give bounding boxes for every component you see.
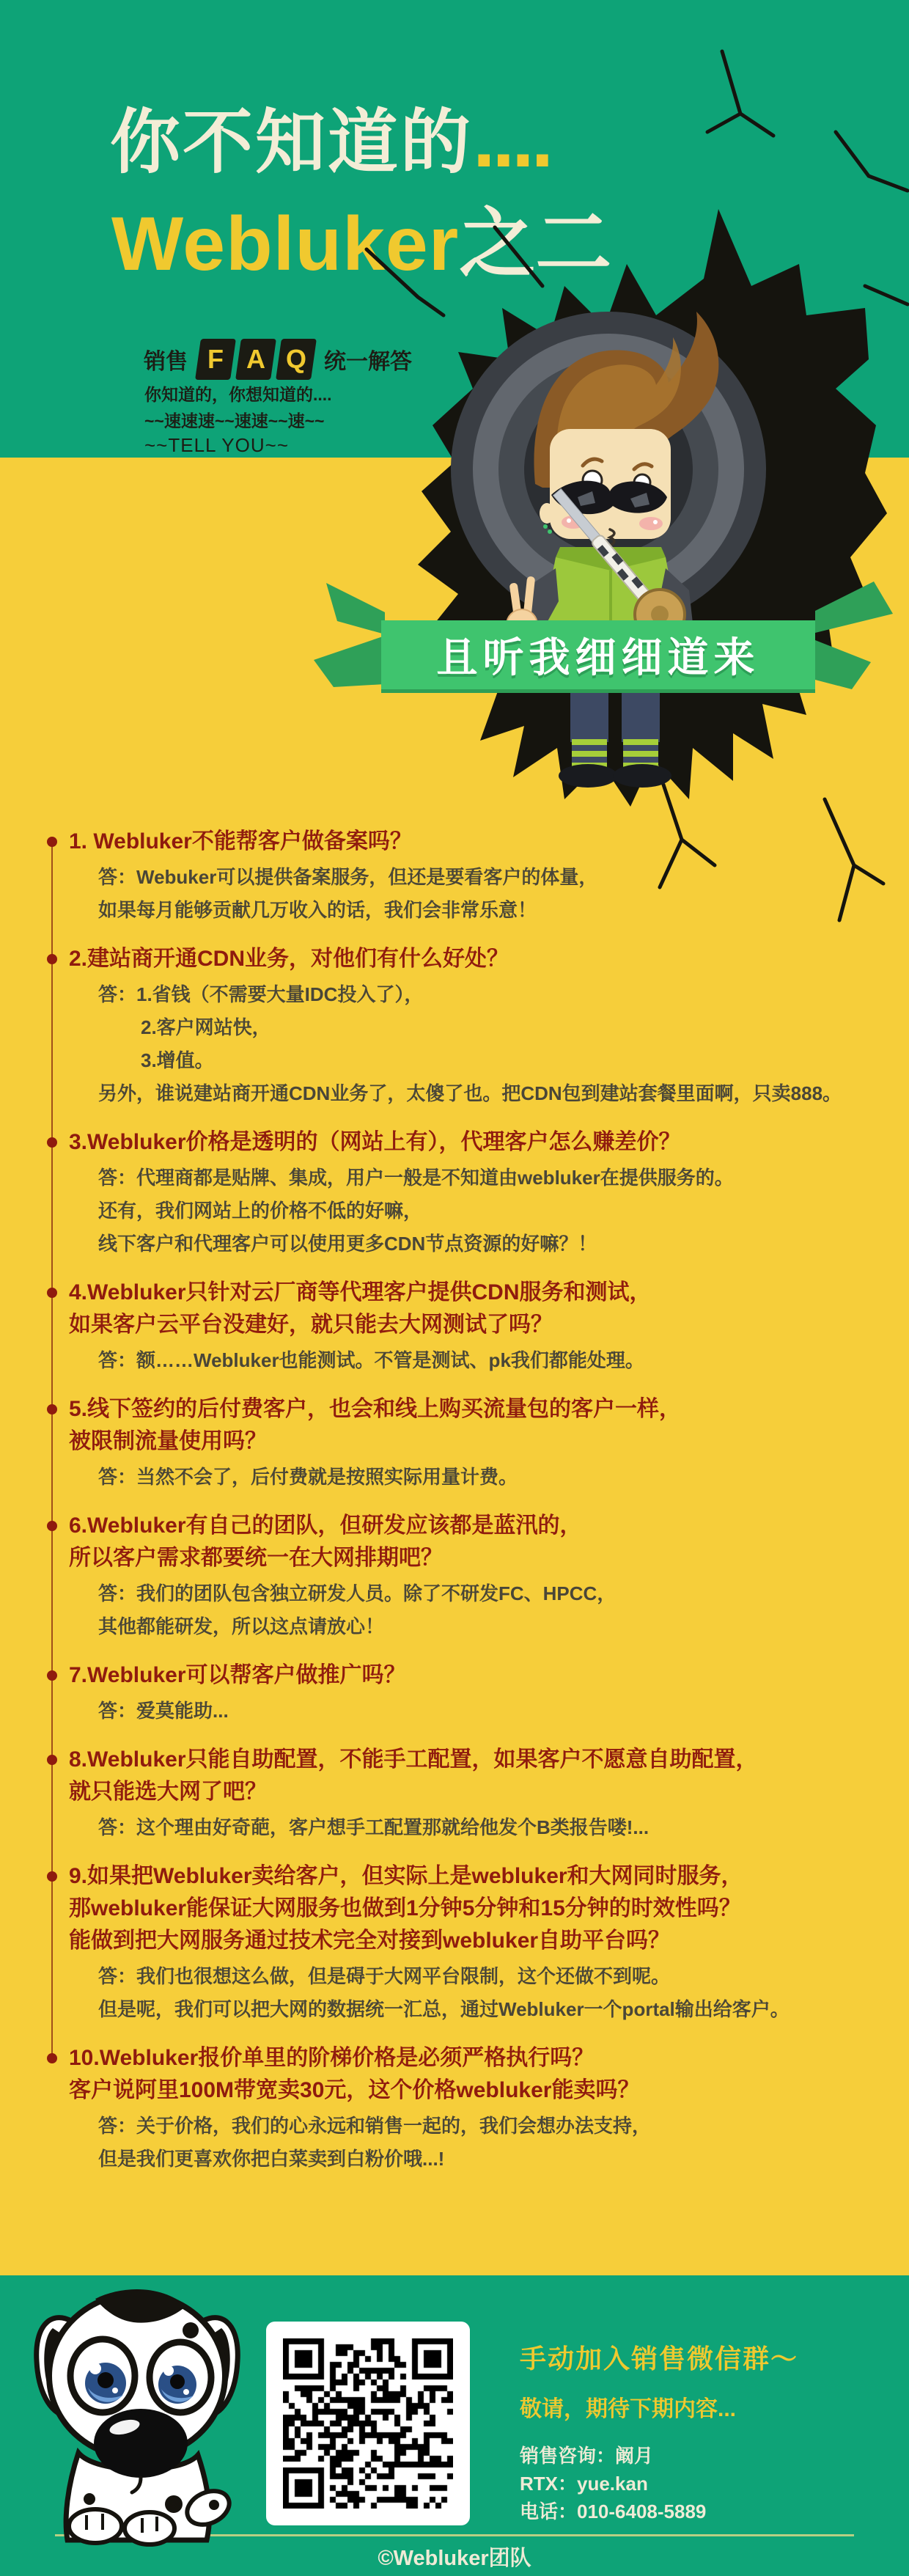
bullet-dot	[47, 1521, 57, 1531]
faq-tile-q: Q	[276, 339, 317, 380]
faq-item: 10.Webluker报价单里的阶梯价格是必须严格执行吗？客户说阿里100M带宽…	[69, 2042, 883, 2176]
poster-page: 你不知道的.... Webluker之二 销售 F A Q 统一解答 你知道的，…	[0, 0, 909, 2576]
faq-question: 5.线下签约的后付费客户，也会和线上购买流量包的客户一样，被限制流量使用吗？	[69, 1393, 883, 1458]
bullet-dot	[47, 1670, 57, 1681]
faq-question: 2.建站商开通CDN业务，对他们有什么好处？	[69, 943, 883, 975]
faq-item: 6.Webluker有自己的团队，但研发应该都是蓝汛的，所以客户需求都要统一在大…	[69, 1510, 883, 1643]
wechat-qr-code	[283, 2338, 453, 2509]
banner-text: 且听我细细道来	[437, 625, 760, 684]
faq-question: 6.Webluker有自己的团队，但研发应该都是蓝汛的，所以客户需求都要统一在大…	[69, 1510, 883, 1574]
header-subline-2: ~~速速速~~速速~~速~~	[144, 408, 324, 432]
faq-letter-tiles: F A Q	[198, 339, 314, 380]
faq-item: 4.Webluker只针对云厂商等代理客户提供CDN服务和测试，如果客户云平台没…	[69, 1277, 883, 1377]
faq-item: 3.Webluker价格是透明的（网站上有），代理客户怎么赚差价？答：代理商都是…	[69, 1126, 883, 1261]
bullet-dot	[47, 954, 57, 964]
bullet-dot	[47, 1404, 57, 1414]
dalmatian-puppy-mascot	[9, 2266, 265, 2548]
bullet-dot	[47, 1755, 57, 1765]
faq-item: 7.Webluker可以帮客户做推广吗？答：爱莫能助...	[69, 1659, 883, 1728]
faq-item: 5.线下签约的后付费客户，也会和线上购买流量包的客户一样，被限制流量使用吗？答：…	[69, 1393, 883, 1494]
faq-question: 9.如果把Webluker卖给客户，但实际上是webluker和大网同时服务，那…	[69, 1860, 883, 1957]
faq-item: 9.如果把Webluker卖给客户，但实际上是webluker和大网同时服务，那…	[69, 1860, 883, 2026]
faq-question: 10.Webluker报价单里的阶梯价格是必须严格执行吗？客户说阿里100M带宽…	[69, 2042, 883, 2107]
speech-banner: 且听我细细道来	[381, 620, 815, 693]
faq-question: 7.Webluker可以帮客户做推广吗？	[69, 1659, 883, 1692]
header-subline-1: 你知道的，你想知道的....	[144, 381, 332, 406]
faq-question: 3.Webluker价格是透明的（网站上有），代理客户怎么赚差价？	[69, 1126, 883, 1159]
header-subline-3: ~~TELL YOU~~	[144, 434, 289, 457]
contact-lines: 销售咨询：阚月 RTX：yue.kan 电话：010-6408-5889	[520, 2442, 798, 2525]
faq-tile-a: A	[235, 339, 276, 380]
bullet-dot	[47, 837, 57, 847]
faq-answer: 答：我们的团队包含独立研发人员。除了不研发FC、HPCC，其他都能研发，所以这点…	[98, 1577, 883, 1643]
footer-headline: 手动加入销售微信群～	[520, 2338, 798, 2376]
faq-answer: 答：当然不会了，后付费就是按照实际用量计费。	[98, 1461, 883, 1494]
bullet-dot	[47, 1871, 57, 1882]
faq-answer: 答：爱莫能助...	[98, 1695, 883, 1728]
faq-prefix-label: 销售	[144, 343, 188, 375]
contact-sales: 销售咨询：阚月	[520, 2442, 798, 2470]
faq-answer: 答：关于价格，我们的心永远和销售一起的，我们会想办法支持，但是我们更喜欢你把白菜…	[98, 2110, 883, 2176]
footer-contact-block: 手动加入销售微信群～ 敬请，期待下期内容... 销售咨询：阚月 RTX：yue.…	[520, 2275, 798, 2525]
contact-phone: 电话：010-6408-5889	[520, 2498, 798, 2525]
faq-question: 4.Webluker只针对云厂商等代理客户提供CDN服务和测试，如果客户云平台没…	[69, 1277, 883, 1341]
qr-code-box	[266, 2322, 470, 2525]
faq-list: 1. Webluker不能帮客户做备案吗？答：Webuker可以提供备案服务，但…	[69, 826, 883, 2192]
faq-answer: 答：额……Webluker也能测试。不管是测试、pk我们都能处理。	[98, 1344, 883, 1377]
cracked-wall-and-ninja-illustration	[323, 44, 909, 939]
bullet-dot	[47, 2053, 57, 2063]
footer-subline: 敬请，期待下期内容...	[520, 2390, 798, 2423]
faq-item: 2.建站商开通CDN业务，对他们有什么好处？答：1.省钱（不需要大量IDC投入了…	[69, 943, 883, 1110]
bullet-dot	[47, 1137, 57, 1148]
faq-tile-f: F	[195, 339, 236, 380]
faq-answer: 答：1.省钱（不需要大量IDC投入了），2.客户网站快，3.增值。另外，谁说建站…	[98, 978, 883, 1110]
faq-answer: 答：代理商都是贴牌、集成，用户一般是不知道由webluker在提供服务的。还有，…	[98, 1162, 883, 1261]
bullet-dot	[47, 1288, 57, 1298]
faq-answer: 答：我们也很想这么做，但是碍于大网平台限制，这个还做不到呢。但是呢，我们可以把大…	[98, 1960, 883, 2026]
faq-answer: 答：这个理由好奇葩，客户想手工配置那就给他发个B类报告喽!...	[98, 1811, 883, 1844]
faq-question: 8.Webluker只能自助配置，不能手工配置，如果客户不愿意自助配置，就只能选…	[69, 1744, 883, 1808]
contact-rtx: RTX：yue.kan	[520, 2470, 798, 2498]
faq-item: 8.Webluker只能自助配置，不能手工配置，如果客户不愿意自助配置，就只能选…	[69, 1744, 883, 1844]
